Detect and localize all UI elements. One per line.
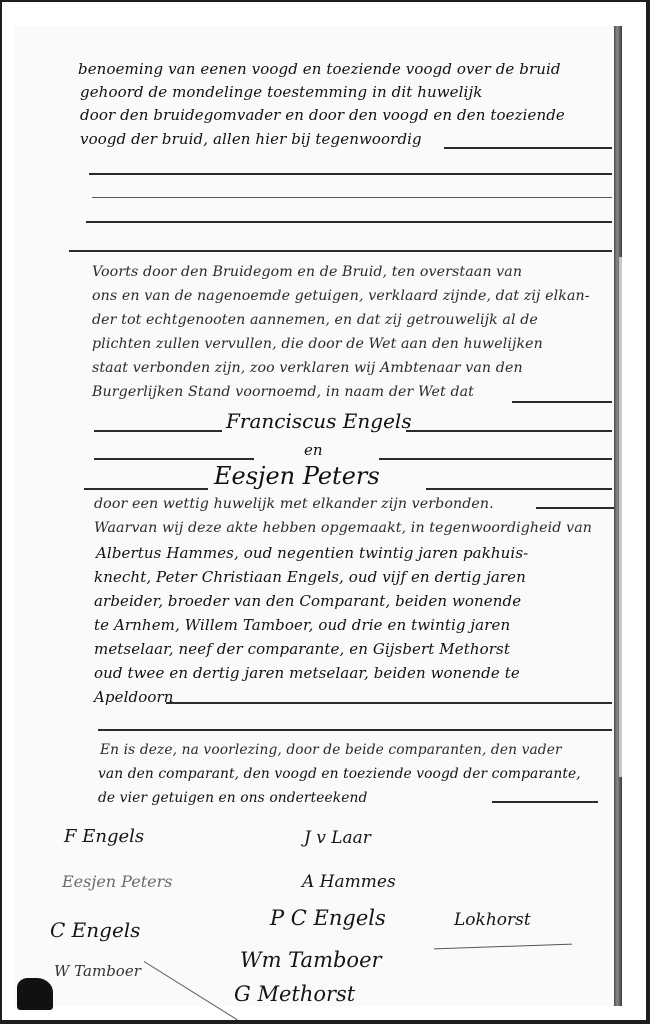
page-frame: benoeming van eenen voogd en toeziende v…	[2, 2, 646, 1020]
witness-line-1: Waarvan wij deze akte hebben opgemaakt, …	[94, 520, 592, 536]
fill-rule	[84, 488, 208, 490]
section-divider	[98, 729, 612, 731]
signature-official: J v Laar	[304, 828, 371, 848]
guardian-line-4: voogd der bruid, allen hier bij tegenwoo…	[80, 130, 422, 148]
groom-name: Franciscus Engels	[226, 409, 412, 433]
closing-line-3: de vier getuigen en ons onderteekend	[98, 790, 367, 806]
closing-line-2: van den comparant, den voogd en toeziend…	[98, 766, 581, 782]
fill-rule	[94, 458, 254, 460]
signature-witness-1: A Hammes	[302, 872, 396, 892]
closing-line-1: En is deze, na voorlezing, door de beide…	[100, 742, 562, 758]
witness-line-6: metselaar, neef der comparante, en Gijsb…	[94, 640, 510, 658]
fill-rule	[512, 401, 612, 403]
declaration-line-6: Burgerlijken Stand voornoemd, in naam de…	[92, 384, 474, 400]
declaration-line-3: der tot echtgenooten aannemen, en dat zi…	[92, 312, 538, 328]
witness-line-5: te Arnhem, Willem Tamboer, oud drie en t…	[94, 616, 510, 634]
fill-rule	[94, 430, 222, 432]
signature-father: C Engels	[50, 918, 140, 942]
fill-rule	[426, 488, 612, 490]
conjunction-en: en	[304, 441, 323, 459]
fill-rule	[492, 801, 598, 803]
declaration-line-4: plichten zullen vervullen, die door de W…	[92, 336, 543, 352]
signature-guardian: W Tamboer	[54, 962, 141, 980]
signature-witness-3: Wm Tamboer	[240, 948, 382, 972]
witness-line-4: arbeider, broeder van den Comparant, bei…	[94, 592, 521, 610]
signature-witness-4: G Methorst	[234, 982, 355, 1006]
blank-rule	[86, 221, 612, 223]
declaration-line-5: staat verbonden zijn, zoo verklaren wij …	[92, 360, 523, 376]
signature-bride: Eesjen Peters	[62, 872, 172, 891]
scanned-page: benoeming van eenen voogd en toeziende v…	[14, 26, 614, 1006]
declaration-line-1: Voorts door den Bruidegom en de Bruid, t…	[92, 264, 522, 280]
fill-rule	[536, 507, 618, 509]
guardian-line-1: benoeming van eenen voogd en toeziende v…	[78, 60, 561, 78]
witness-line-2: Albertus Hammes, oud negentien twintig j…	[96, 544, 528, 562]
bride-name: Eesjen Peters	[214, 462, 380, 490]
ink-blot	[17, 978, 53, 1010]
blank-rule	[92, 197, 612, 198]
fill-rule	[444, 147, 612, 149]
witness-line-3: knecht, Peter Christiaan Engels, oud vij…	[94, 568, 526, 586]
united-line: door een wettig huwelijk met elkander zi…	[94, 496, 494, 512]
signature-flourish	[144, 961, 238, 1020]
fill-rule	[406, 430, 612, 432]
witness-line-7: oud twee en dertig jaren metselaar, beid…	[94, 664, 520, 682]
declaration-line-2: ons en van de nagenoemde getuigen, verkl…	[92, 288, 590, 304]
fill-rule	[166, 702, 612, 704]
page-binding-edge	[619, 257, 622, 777]
signature-registrar: Lokhorst	[454, 910, 531, 930]
signature-witness-2: P C Engels	[270, 906, 386, 930]
blank-rule	[89, 173, 612, 175]
section-divider	[69, 250, 612, 252]
guardian-line-3: door den bruidegomvader en door den voog…	[80, 106, 565, 124]
signature-groom: F Engels	[64, 826, 144, 847]
guardian-line-2: gehoord de mondelinge toestemming in dit…	[80, 83, 482, 101]
fill-rule	[379, 458, 612, 460]
witness-line-8: Apeldoorn	[94, 688, 174, 706]
signature-flourish	[434, 944, 572, 950]
